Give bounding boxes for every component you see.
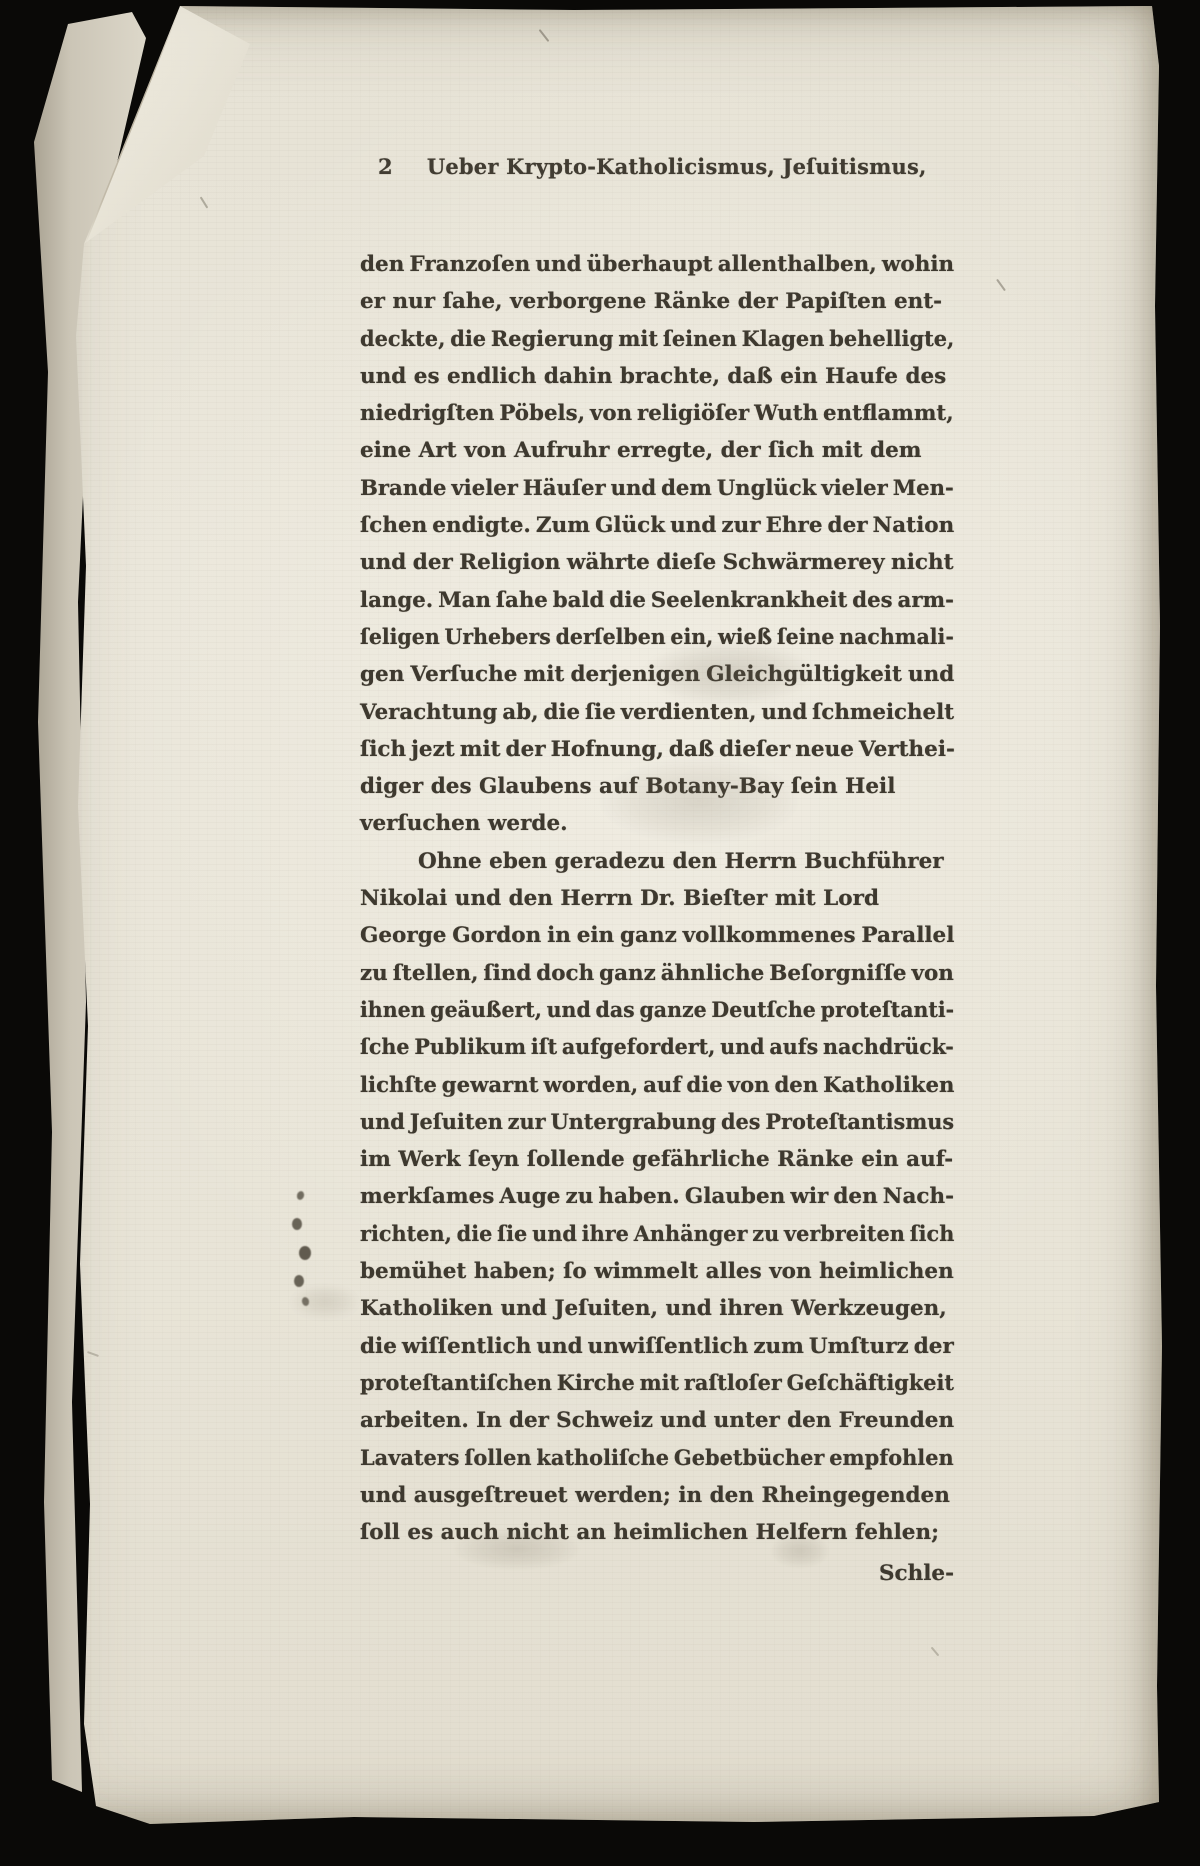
text-line: niedrigſten Pöbels, von religiöſer Wuth … xyxy=(360,395,949,432)
text-line-content: Nikolai und den Herrn Dr. Bieſter mit Lo… xyxy=(360,886,879,911)
text-line-content: und ausgeſtreuet werden; in den Rheingeg… xyxy=(360,1483,950,1508)
text-line-content: diger des Glaubens auf Botany-Bay ſein H… xyxy=(360,774,895,799)
text-line: eine Art von Aufruhr erregte, der ſich m… xyxy=(360,432,954,469)
text-line: ſeligen Urhebers derſelben ein, wieß ſei… xyxy=(360,619,926,656)
text-line-content: und Jeſuiten zur Untergrabung des Proteſ… xyxy=(360,1110,954,1135)
text-line: und der Religion währte dieſe Schwärmere… xyxy=(360,544,954,581)
text-line: Lavaters ſollen katholiſche Gebetbücher … xyxy=(360,1440,937,1477)
text-line: und Jeſuiten zur Untergrabung des Proteſ… xyxy=(360,1104,936,1141)
text-line: Verachtung ab, die ſie verdienten, und ſ… xyxy=(360,694,949,731)
text-line-content: er nur ſahe, verborgene Ränke der Papiſt… xyxy=(360,289,942,314)
text-line-content: gen Verſuche mit derjenigen Gleichgültig… xyxy=(360,662,954,687)
text-line: die wiſſentlich und unwiſſentlich zum Um… xyxy=(360,1328,954,1365)
text-line-content: arbeiten. In der Schweiz und unter den F… xyxy=(360,1408,954,1433)
text-line-content: verſuchen werde. xyxy=(360,811,568,836)
text-line-content: ſeligen Urhebers derſelben ein, wieß ſei… xyxy=(360,625,954,650)
bleedthrough-ghost xyxy=(290,1284,360,1320)
text-line-content: und es endlich dahin brachte, daß ein Ha… xyxy=(360,364,946,389)
page-number: 2 xyxy=(378,154,393,179)
text-line-content: Ohne eben geradezu den Herrn Buchführer xyxy=(418,849,944,874)
text-line: gen Verſuche mit derjenigen Gleichgültig… xyxy=(360,656,954,693)
text-line-content: ſich jezt mit der Hofnung, daß dieſer ne… xyxy=(360,737,955,762)
ink-smudge xyxy=(299,1246,311,1260)
text-line-content: richten, die ſie und ihre Anhänger zu ve… xyxy=(360,1222,954,1247)
text-line-content: ſchen endigte. Zum Glück und zur Ehre de… xyxy=(360,513,954,538)
scan-background: 2 Ueber Krypto-Katholicismus, Jeſuitismu… xyxy=(0,0,1200,1866)
text-line-content: lange. Man ſahe bald die Seelenkrankheit… xyxy=(360,588,954,613)
text-line: Brande vieler Häuſer und dem Unglück vie… xyxy=(360,470,945,507)
paragraph: den Franzoſen und überhaupt allenthalben… xyxy=(360,246,954,843)
text-line: Nikolai und den Herrn Dr. Bieſter mit Lo… xyxy=(360,880,954,917)
catchword: Schle- xyxy=(879,1561,954,1586)
ink-smudge xyxy=(292,1218,302,1230)
text-line-content: Lavaters ſollen katholiſche Gebetbücher … xyxy=(360,1446,954,1471)
text-line: deckte, die Regierung mit ſeinen Klagen … xyxy=(360,321,937,358)
text-line-content: zu ſtellen, ſind doch ganz ähnliche Beſo… xyxy=(360,961,954,986)
text-line: ſchen endigte. Zum Glück und zur Ehre de… xyxy=(360,507,954,544)
text-line-content: deckte, die Regierung mit ſeinen Klagen … xyxy=(360,327,954,352)
text-line: und es endlich dahin brachte, daß ein Ha… xyxy=(360,358,954,395)
text-line-content: die wiſſentlich und unwiſſentlich zum Um… xyxy=(360,1334,954,1359)
text-line-content: lichſte gewarnt worden, auf die von den … xyxy=(360,1073,954,1098)
text-line: ſoll es auch nicht an heimlichen Helfern… xyxy=(360,1514,954,1551)
text-line-content: George Gordon in ein ganz vollkommenes P… xyxy=(360,923,954,948)
text-line: und ausgeſtreuet werden; in den Rheingeg… xyxy=(360,1477,954,1514)
text-line-content: bemühet haben; ſo wimmelt alles von heim… xyxy=(360,1259,954,1284)
text-line: ihnen geäußert, und das ganze Deutſche p… xyxy=(360,992,926,1029)
text-line: proteſtantiſchen Kirche mit raſtloſer Ge… xyxy=(360,1365,935,1402)
text-line: er nur ſahe, verborgene Ränke der Papiſt… xyxy=(360,283,954,320)
text-line-content: und der Religion währte dieſe Schwärmere… xyxy=(360,550,954,575)
text-line-content: Brande vieler Häuſer und dem Unglück vie… xyxy=(360,476,954,501)
text-line: richten, die ſie und ihre Anhänger zu ve… xyxy=(360,1216,935,1253)
catchword-row: Schle- xyxy=(360,1555,954,1592)
text-line-content: im Werk ſeyn ſollende gefährliche Ränke … xyxy=(360,1147,953,1172)
text-line-content: den Franzoſen und überhaupt allenthalben… xyxy=(360,252,954,277)
text-line-content: Verachtung ab, die ſie verdienten, und ſ… xyxy=(360,700,954,725)
text-line: Katholiken und Jeſuiten, und ihren Werkz… xyxy=(360,1290,954,1327)
text-line-content: proteſtantiſchen Kirche mit raſtloſer Ge… xyxy=(360,1371,954,1396)
text-line: diger des Glaubens auf Botany-Bay ſein H… xyxy=(360,768,954,805)
ink-smudge xyxy=(294,1275,304,1287)
text-line: ſche Publikum iſt aufgefordert, und aufs… xyxy=(360,1029,930,1066)
text-line: im Werk ſeyn ſollende gefährliche Ränke … xyxy=(360,1141,954,1178)
text-line: arbeiten. In der Schweiz und unter den F… xyxy=(360,1402,954,1439)
text-line-content: ſche Publikum iſt aufgefordert, und aufs… xyxy=(360,1035,954,1060)
text-line-content: merkſames Auge zu haben. Glauben wir den… xyxy=(360,1184,954,1209)
text-line-content: Katholiken und Jeſuiten, und ihren Werkz… xyxy=(360,1296,947,1321)
text-line: den Franzoſen und überhaupt allenthalben… xyxy=(360,246,954,283)
text-line: merkſames Auge zu haben. Glauben wir den… xyxy=(360,1178,954,1215)
text-line-content: ihnen geäußert, und das ganze Deutſche p… xyxy=(360,998,954,1023)
text-line: zu ſtellen, ſind doch ganz ähnliche Beſo… xyxy=(360,955,952,992)
paragraph: Ohne eben geradezu den Herrn BuchführerN… xyxy=(360,843,954,1552)
text-line: lange. Man ſahe bald die Seelenkrankheit… xyxy=(360,582,948,619)
text-line-content: niedrigſten Pöbels, von religiöſer Wuth … xyxy=(360,401,954,426)
text-line: bemühet haben; ſo wimmelt alles von heim… xyxy=(360,1253,954,1290)
text-line: ſich jezt mit der Hofnung, daß dieſer ne… xyxy=(360,731,954,768)
text-line: lichſte gewarnt worden, auf die von den … xyxy=(360,1067,946,1104)
text-line: verſuchen werde. xyxy=(360,805,954,842)
text-block: den Franzoſen und überhaupt allenthalben… xyxy=(360,246,954,1551)
text-line: George Gordon in ein ganz vollkommenes P… xyxy=(360,917,954,954)
text-line: Ohne eben geradezu den Herrn Buchführer xyxy=(360,843,954,880)
page-header: 2 Ueber Krypto-Katholicismus, Jeſuitismu… xyxy=(360,154,954,194)
text-line-content: ſoll es auch nicht an heimlichen Helfern… xyxy=(360,1520,939,1545)
running-title: Ueber Krypto-Katholicismus, Jeſuitismus, xyxy=(427,154,927,179)
text-line-content: eine Art von Aufruhr erregte, der ſich m… xyxy=(360,438,922,463)
